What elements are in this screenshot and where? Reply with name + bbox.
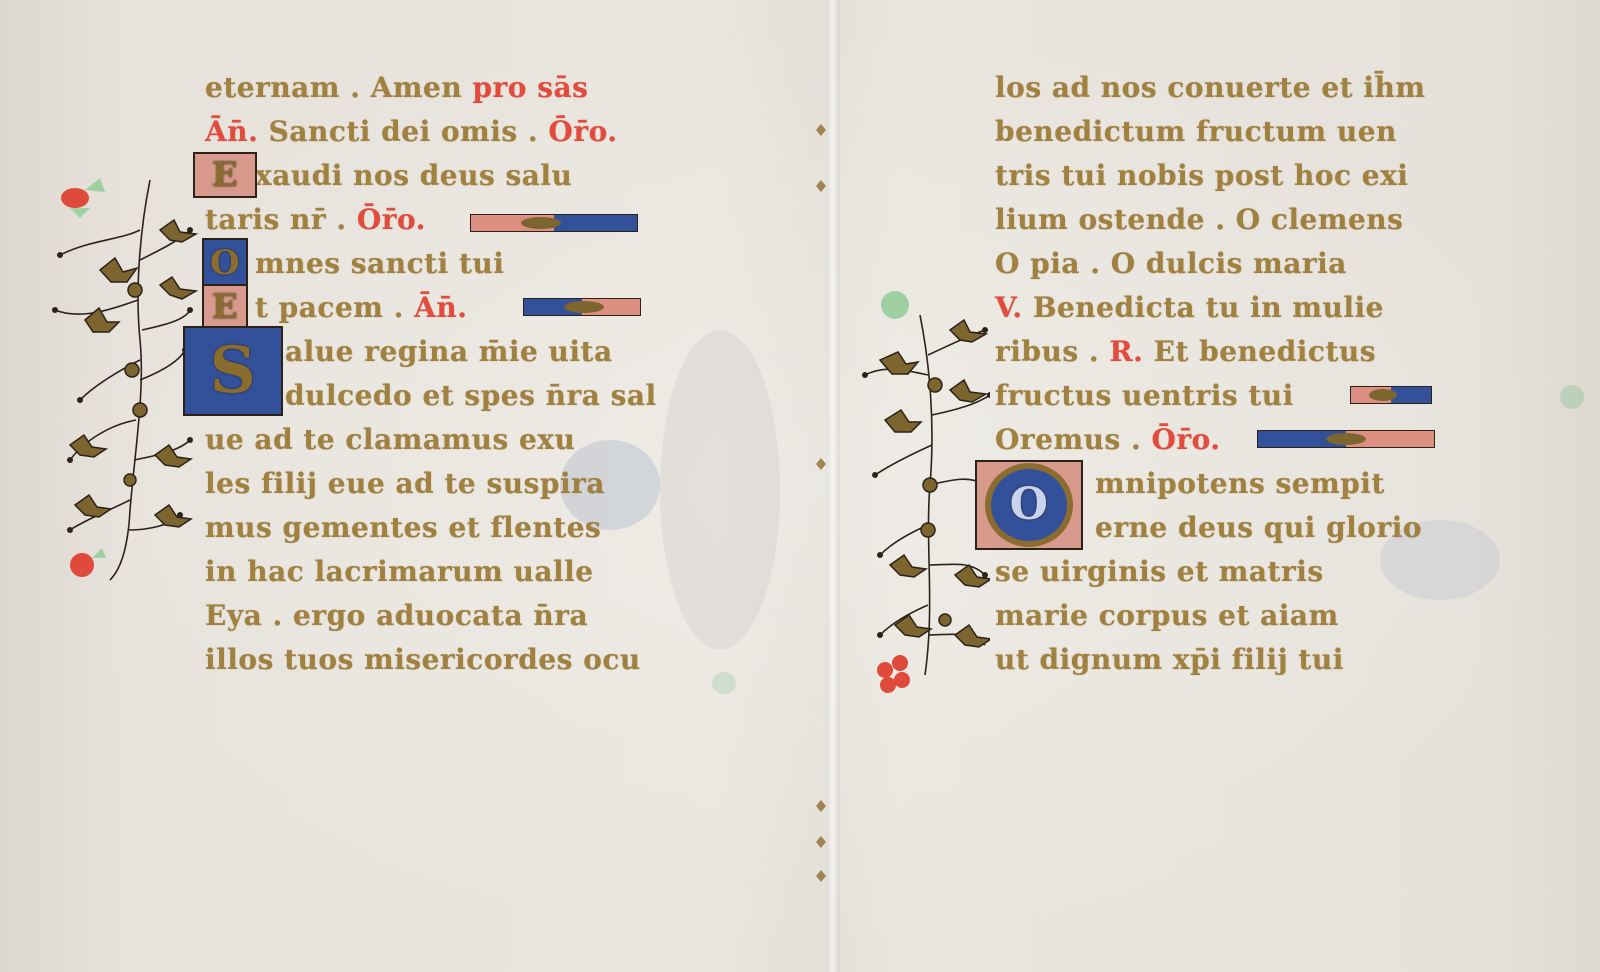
left-text-block: eternam . Amen pro sās Ān̄. Sancti dei … <box>205 66 675 682</box>
rubric: Ōr̄o. <box>1151 423 1220 456</box>
text-line: ut dignum xp̄i filij tui <box>995 638 1455 682</box>
gold-dot-icon <box>1326 433 1366 445</box>
gutter-fold <box>826 0 840 972</box>
line-filler <box>523 298 641 316</box>
rubric: pro sās <box>472 71 588 104</box>
text-line: O mnes sancti tui <box>205 242 675 286</box>
text-line: in hac lacrimarum ualle <box>205 550 675 594</box>
line-filler <box>470 214 638 232</box>
text-line: les filij eue ad te suspira <box>205 462 675 506</box>
text-line: Eya . ergo aduocata n̄ra <box>205 594 675 638</box>
text-line: taris nr̄ . Ōr̄o. <box>205 198 675 242</box>
foliate-border-icon <box>850 285 990 705</box>
text-line: E t pacem . Ān̄. <box>205 286 675 330</box>
text-line: Ān̄. Sancti dei omis . Ōr̄o. <box>205 110 675 154</box>
text-line: benedictum fructum uen <box>995 110 1455 154</box>
text-line: tris tui nobis post hoc exi <box>995 154 1455 198</box>
text-line: los ad nos conuerte et ih̄m <box>995 66 1455 110</box>
text-line: erne deus qui glorio <box>995 506 1455 550</box>
text-line: O pia . O dulcis maria <box>995 242 1455 286</box>
left-page: eternam . Amen pro sās Ān̄. Sancti dei … <box>0 0 826 972</box>
text-line: dulcedo et spes n̄ra sal <box>205 374 675 418</box>
manuscript-spread: eternam . Amen pro sās Ān̄. Sancti dei … <box>0 0 1600 972</box>
text-line: ribus . R. Et benedictus <box>995 330 1455 374</box>
text-line: O mnipotens sempit <box>995 462 1455 506</box>
right-page: los ad nos conuerte et ih̄m benedictum f… <box>840 0 1600 972</box>
text-line: Oremus . Ōr̄o. <box>995 418 1455 462</box>
illuminated-initial: E <box>202 284 248 330</box>
rubric: Ān̄. <box>205 115 258 148</box>
text-line: ue ad te clamamus exu <box>205 418 675 462</box>
text-line: eternam . Amen pro sās <box>205 66 675 110</box>
text-line: V. Benedicta tu in mulie <box>995 286 1455 330</box>
text-line: E xaudi nos deus salu <box>205 154 675 198</box>
text-line: lium ostende . O clemens <box>995 198 1455 242</box>
text-line: mus gementes et flentes <box>205 506 675 550</box>
text-line: S alue regina m̄ie uita <box>205 330 675 374</box>
illuminated-initial: O <box>202 238 248 288</box>
gold-dot-icon <box>521 217 561 229</box>
illuminated-initial: E <box>193 152 257 198</box>
gold-dot-icon <box>1369 389 1397 401</box>
rubric: R. <box>1109 335 1143 368</box>
rubric: Ōr̄o. <box>548 115 617 148</box>
text-line: marie corpus et aiam <box>995 594 1455 638</box>
right-text-block: los ad nos conuerte et ih̄m benedictum f… <box>995 66 1455 682</box>
text-line: se uirginis et matris <box>995 550 1455 594</box>
gold-dot-icon <box>564 301 604 313</box>
line-filler <box>1257 430 1435 448</box>
text-line: illos tuos misericordes ocu <box>205 638 675 682</box>
rubric: Ān̄. <box>414 291 467 324</box>
rubric: Ōr̄o. <box>357 203 426 236</box>
rubric: V. <box>995 291 1023 324</box>
text-line: fructus uentris tui <box>995 374 1455 418</box>
line-filler <box>1350 386 1432 404</box>
